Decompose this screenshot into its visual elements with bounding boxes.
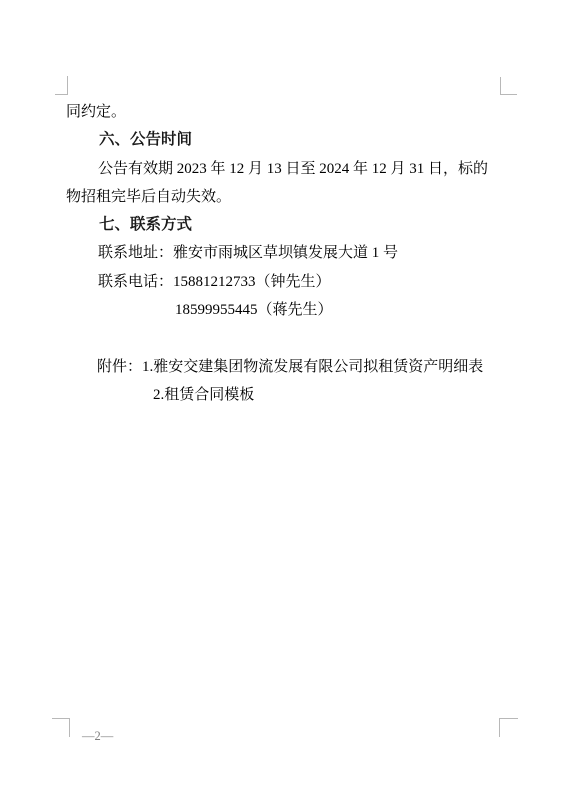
paragraph-line: 公告有效期 2023 年 12 月 13 日至 2024 年 12 月 31 日… (66, 155, 502, 183)
attachment-line-1: 附件：1.雅安交建集团物流发展有限公司拟租赁资产明细表 (66, 353, 502, 381)
blank-line (66, 324, 502, 352)
document-page: 同约定。 六、公告时间 公告有效期 2023 年 12 月 13 日至 2024… (0, 0, 569, 812)
crop-mark-bottom-right-icon (499, 718, 518, 737)
crop-mark-top-left-icon (55, 76, 68, 95)
contact-address-line: 联系地址：雅安市雨城区草坝镇发展大道 1 号 (66, 239, 502, 267)
crop-mark-bottom-left-icon (52, 718, 70, 737)
page-number: —2— (82, 728, 113, 744)
attachment-line-2: 2.租赁合同模板 (66, 381, 502, 409)
section-heading-6: 六、公告时间 (66, 126, 502, 154)
section-heading-7: 七、联系方式 (66, 211, 502, 239)
paragraph-line: 物招租完毕后自动失效。 (66, 183, 502, 211)
document-body: 同约定。 六、公告时间 公告有效期 2023 年 12 月 13 日至 2024… (66, 98, 502, 409)
contact-phone-line-1: 联系电话：15881212733（钟先生） (66, 268, 502, 296)
crop-mark-top-right-icon (500, 77, 517, 95)
contact-phone-line-2: 18599955445（蒋先生） (66, 296, 502, 324)
paragraph-line: 同约定。 (66, 98, 502, 126)
